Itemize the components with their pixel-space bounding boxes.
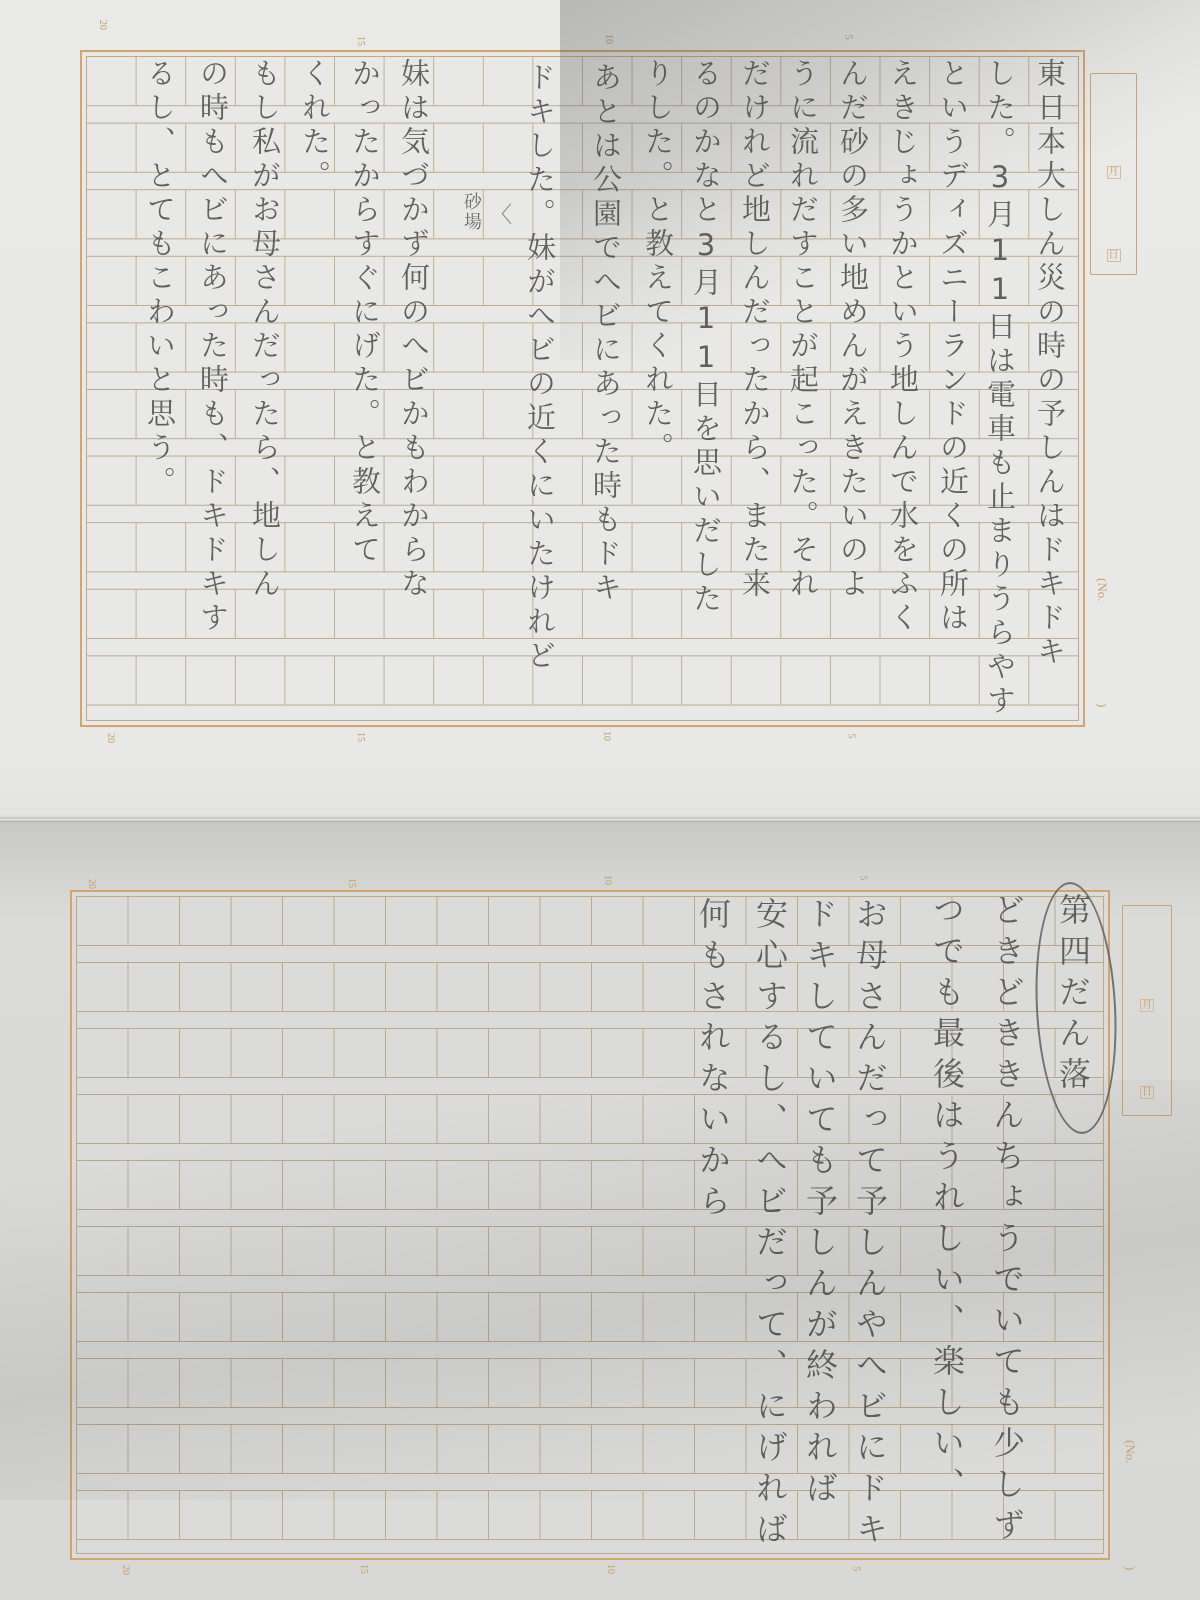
month-label: 月: [1140, 999, 1154, 1012]
insertion-annotation: 砂場: [460, 192, 482, 232]
handwritten-column: 何もされないから: [693, 897, 733, 1225]
handwritten-column: ドキしていても予しんが終われば: [800, 897, 840, 1512]
handwritten-column: だけれど地しんだったから、また来: [737, 58, 773, 602]
handwritten-column: 東日本大しん災の時の予しんはドキドキ: [1032, 58, 1068, 670]
handwritten-column: 妹は気づかず何のへビかもわからな: [396, 58, 432, 602]
handwritten-column: ドキした。妹がへビの近くにいたけれど: [522, 62, 558, 674]
handwritten-column: 安心するし、へビだって、にげれば: [750, 897, 790, 1553]
column-marker-10: 10: [602, 875, 612, 885]
column-marker-15: 15: [346, 878, 356, 888]
column-marker-10-bottom: 10: [605, 1564, 615, 1574]
day-label: 日: [1140, 1086, 1154, 1099]
handwritten-column: るのかなと3月11日を思いだした: [688, 58, 724, 617]
insertion-caret-mark: 〈: [490, 198, 512, 229]
handwritten-column: るし、とてもこわいと思う。: [142, 58, 178, 500]
handwritten-column: した。3月11日は電車も止まりうらやす: [982, 58, 1018, 719]
handwritten-column: どきどききんちょうでいても少しず: [987, 893, 1027, 1549]
date-box: 月 日: [1090, 73, 1137, 275]
section-heading: 第四だん落: [1053, 893, 1093, 1098]
column-marker-5: 5: [858, 876, 868, 881]
handwritten-column: んだ砂の多い地めんがえきたいのよ: [835, 58, 871, 602]
column-marker-20: 20: [97, 20, 107, 30]
handwritten-column: うに流れだすことが起こった。それ: [785, 58, 821, 602]
handwritten-column: の時もへビにあった時も、ドキドキす: [195, 58, 231, 636]
handwritten-column: つでも最後はうれしい、楽しい、: [927, 893, 967, 1508]
column-marker-5-bottom: 5: [851, 1567, 861, 1572]
column-marker-15-bottom: 15: [355, 732, 365, 742]
date-box: 月 日: [1122, 905, 1172, 1116]
column-marker-10-bottom: 10: [601, 731, 611, 741]
column-marker-20-bottom: 20: [120, 1565, 130, 1575]
handwritten-column: かったからすぐにげた。と教えて: [347, 58, 383, 568]
handwritten-column: あとは公園でへビにあった時もドキ: [588, 62, 624, 606]
column-marker-15: 15: [355, 36, 365, 46]
handwritten-column: りした。と教えてくれた。: [640, 58, 676, 466]
page-number-label: (No.: [1094, 578, 1110, 601]
notebook-photo: 5 10 15 20 5 10 15 20 月 日 (No. ) 東日本大しん災…: [0, 0, 1200, 1600]
page-number-close: ): [1122, 1566, 1138, 1570]
column-marker-20-bottom: 20: [105, 733, 115, 743]
page-number-close: ): [1094, 703, 1110, 707]
column-marker-10: 10: [603, 34, 613, 44]
handwritten-column: お母さんだって予しんやへビにドキ: [850, 897, 890, 1553]
column-marker-5-bottom: 5: [846, 734, 856, 739]
column-marker-5: 5: [843, 35, 853, 40]
notebook-gutter-fold: [0, 819, 1200, 822]
column-marker-15-bottom: 15: [358, 1564, 368, 1574]
month-label: 月: [1107, 166, 1121, 179]
handwritten-column: えきじょうかという地しんで水をふく: [885, 58, 921, 636]
page-number-label: (No.: [1122, 1440, 1138, 1463]
handwritten-column: もし私がお母さんだったら、地しん: [247, 58, 283, 602]
day-label: 日: [1107, 249, 1121, 262]
column-marker-20: 20: [86, 879, 96, 889]
handwritten-column: くれた。: [297, 58, 333, 194]
handwritten-column: というディズニーランドの近くの所は: [935, 58, 971, 636]
manuscript-grid: [86, 56, 1079, 721]
